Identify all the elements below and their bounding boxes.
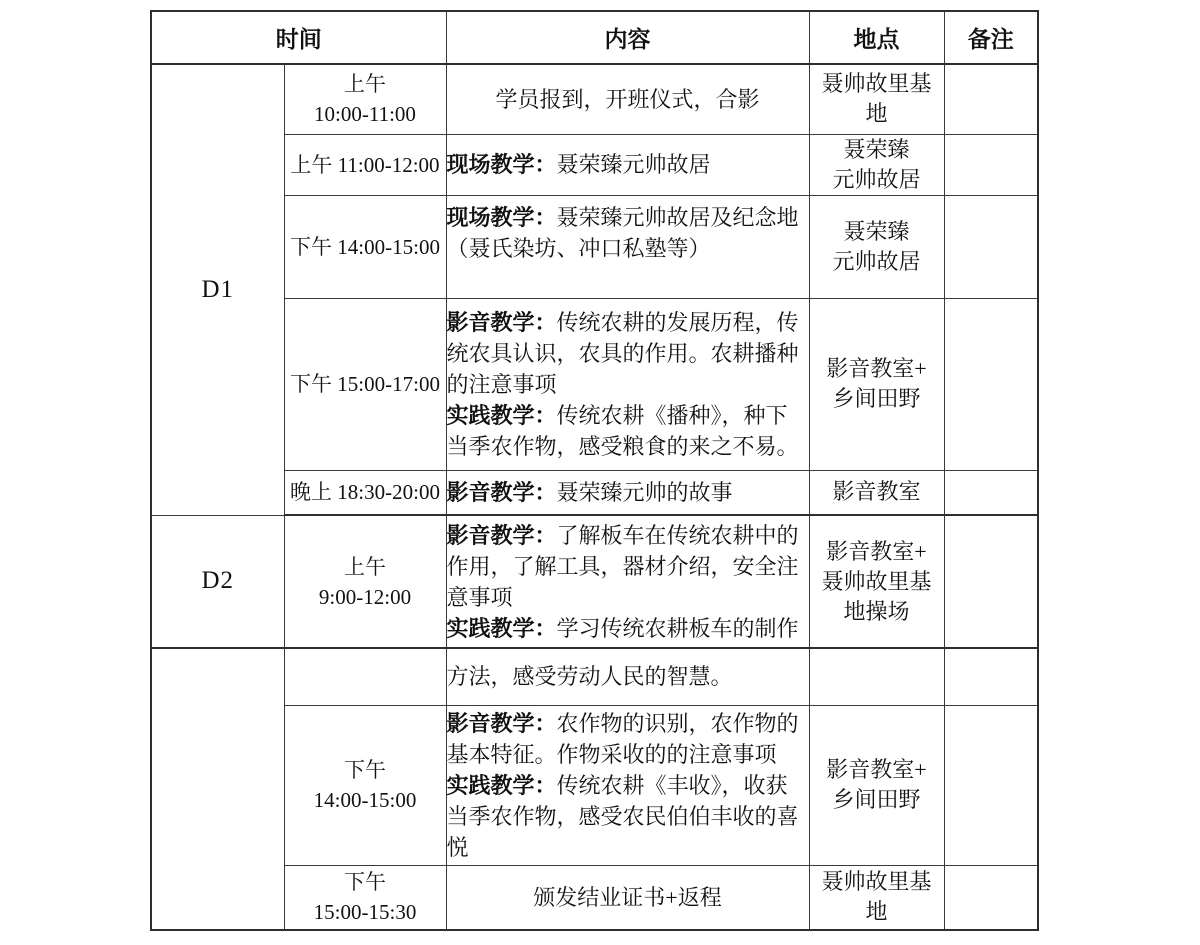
remark-cell — [944, 298, 1038, 470]
location-cell: 聂帅故里基 地 — [809, 64, 944, 134]
time-cell: 下午 14:00-15:00 — [284, 195, 446, 298]
teaching-desc: 聂荣臻元帅故居及纪念地 — [557, 205, 799, 230]
time-cell: 上午 10:00-11:00 — [284, 64, 446, 134]
teaching-desc: 聂荣臻元帅故居 — [557, 152, 711, 177]
header-cell-remark: 备注 — [944, 11, 1038, 64]
day-cell-d1: D1 — [151, 64, 284, 515]
header-cell-content: 内容 — [446, 11, 809, 64]
remark-cell — [944, 515, 1038, 648]
location-cell: 影音教室+ 乡间田野 — [809, 705, 944, 865]
teaching-desc: 学习传统农耕板车的制作 — [557, 616, 799, 641]
location-cell: 聂帅故里基 地 — [809, 865, 944, 930]
time-cell: 下午 14:00-15:00 — [284, 705, 446, 865]
location-cell: 影音教室 — [809, 470, 944, 515]
teaching-type-label: 现场教学： — [447, 205, 557, 230]
schedule-row-9: 下午 15:00-15:30 颁发结业证书+返程 聂帅故里基 地 — [151, 865, 1038, 930]
schedule-row-3: 下午 14:00-15:00 现场教学：聂荣臻元帅故居及纪念地 （聂氏染坊、冲口… — [151, 195, 1038, 298]
schedule-row-6: D2 上午 9:00-12:00 影音教学：了解板车在传统农耕中的作用，了解工具… — [151, 515, 1038, 648]
teaching-type-label: 影音教学： — [447, 480, 557, 505]
location-cell: 聂荣臻 元帅故居 — [809, 195, 944, 298]
teaching-type-label: 实践教学： — [447, 773, 557, 798]
document-page: 时间 内容 地点 备注 D1 上午 10:00-11:00 学员报到，开班仪式，… — [0, 0, 1200, 945]
teaching-desc: 聂荣臻元帅的故事 — [557, 480, 733, 505]
content-cell: 影音教学：农作物的识别，农作物的基本特征。作物采收的的注意事项 实践教学：传统农… — [446, 705, 809, 865]
time-cell: 晚上 18:30-20:00 — [284, 470, 446, 515]
header-cell-time: 时间 — [151, 11, 446, 64]
location-cell — [809, 648, 944, 705]
teaching-type-label: 实践教学： — [447, 616, 557, 641]
time-cell: 上午 9:00-12:00 — [284, 515, 446, 648]
content-cell: 影音教学：传统农耕的发展历程，传统农具认识，农具的作用。农耕播种的注意事项 实践… — [446, 298, 809, 470]
day-cell-d2: D2 — [151, 515, 284, 648]
day-cell-empty — [151, 648, 284, 930]
location-cell: 影音教室+ 聂帅故里基 地操场 — [809, 515, 944, 648]
teaching-type-label: 实践教学： — [447, 403, 557, 428]
schedule-row-8: 下午 14:00-15:00 影音教学：农作物的识别，农作物的基本特征。作物采收… — [151, 705, 1038, 865]
time-cell — [284, 648, 446, 705]
remark-cell — [944, 64, 1038, 134]
remark-cell — [944, 865, 1038, 930]
table-header-row: 时间 内容 地点 备注 — [151, 11, 1038, 64]
teaching-type-label: 现场教学： — [447, 152, 557, 177]
time-cell: 上午 11:00-12:00 — [284, 134, 446, 195]
content-cell: 影音教学：了解板车在传统农耕中的作用，了解工具，器材介绍，安全注意事项 实践教学… — [446, 515, 809, 648]
teaching-type-label: 影音教学： — [447, 310, 557, 335]
content-cell: 颁发结业证书+返程 — [446, 865, 809, 930]
content-cell: 现场教学：聂荣臻元帅故居及纪念地 （聂氏染坊、冲口私塾等） — [446, 195, 809, 298]
teaching-desc: （聂氏染坊、冲口私塾等） — [447, 233, 809, 264]
teaching-type-label: 影音教学： — [447, 711, 557, 736]
schedule-row-2: 上午 11:00-12:00 现场教学：聂荣臻元帅故居 聂荣臻 元帅故居 — [151, 134, 1038, 195]
content-cell: 学员报到，开班仪式，合影 — [446, 64, 809, 134]
location-cell: 影音教室+ 乡间田野 — [809, 298, 944, 470]
remark-cell — [944, 195, 1038, 298]
time-cell: 下午 15:00-17:00 — [284, 298, 446, 470]
header-cell-location: 地点 — [809, 11, 944, 64]
remark-cell — [944, 470, 1038, 515]
teaching-type-label: 影音教学： — [447, 523, 557, 548]
schedule-row-5: 晚上 18:30-20:00 影音教学：聂荣臻元帅的故事 影音教室 — [151, 470, 1038, 515]
remark-cell — [944, 648, 1038, 705]
schedule-row-1: D1 上午 10:00-11:00 学员报到，开班仪式，合影 聂帅故里基 地 — [151, 64, 1038, 134]
content-cell: 影音教学：聂荣臻元帅的故事 — [446, 470, 809, 515]
schedule-row-4: 下午 15:00-17:00 影音教学：传统农耕的发展历程，传统农具认识，农具的… — [151, 298, 1038, 470]
remark-cell — [944, 705, 1038, 865]
schedule-row-7: 方法，感受劳动人民的智慧。 — [151, 648, 1038, 705]
content-cell: 方法，感受劳动人民的智慧。 — [446, 648, 809, 705]
teaching-desc: 方法，感受劳动人民的智慧。 — [447, 661, 809, 692]
remark-cell — [944, 134, 1038, 195]
content-cell: 现场教学：聂荣臻元帅故居 — [446, 134, 809, 195]
location-cell: 聂荣臻 元帅故居 — [809, 134, 944, 195]
time-cell: 下午 15:00-15:30 — [284, 865, 446, 930]
schedule-table: 时间 内容 地点 备注 D1 上午 10:00-11:00 学员报到，开班仪式，… — [150, 10, 1039, 931]
